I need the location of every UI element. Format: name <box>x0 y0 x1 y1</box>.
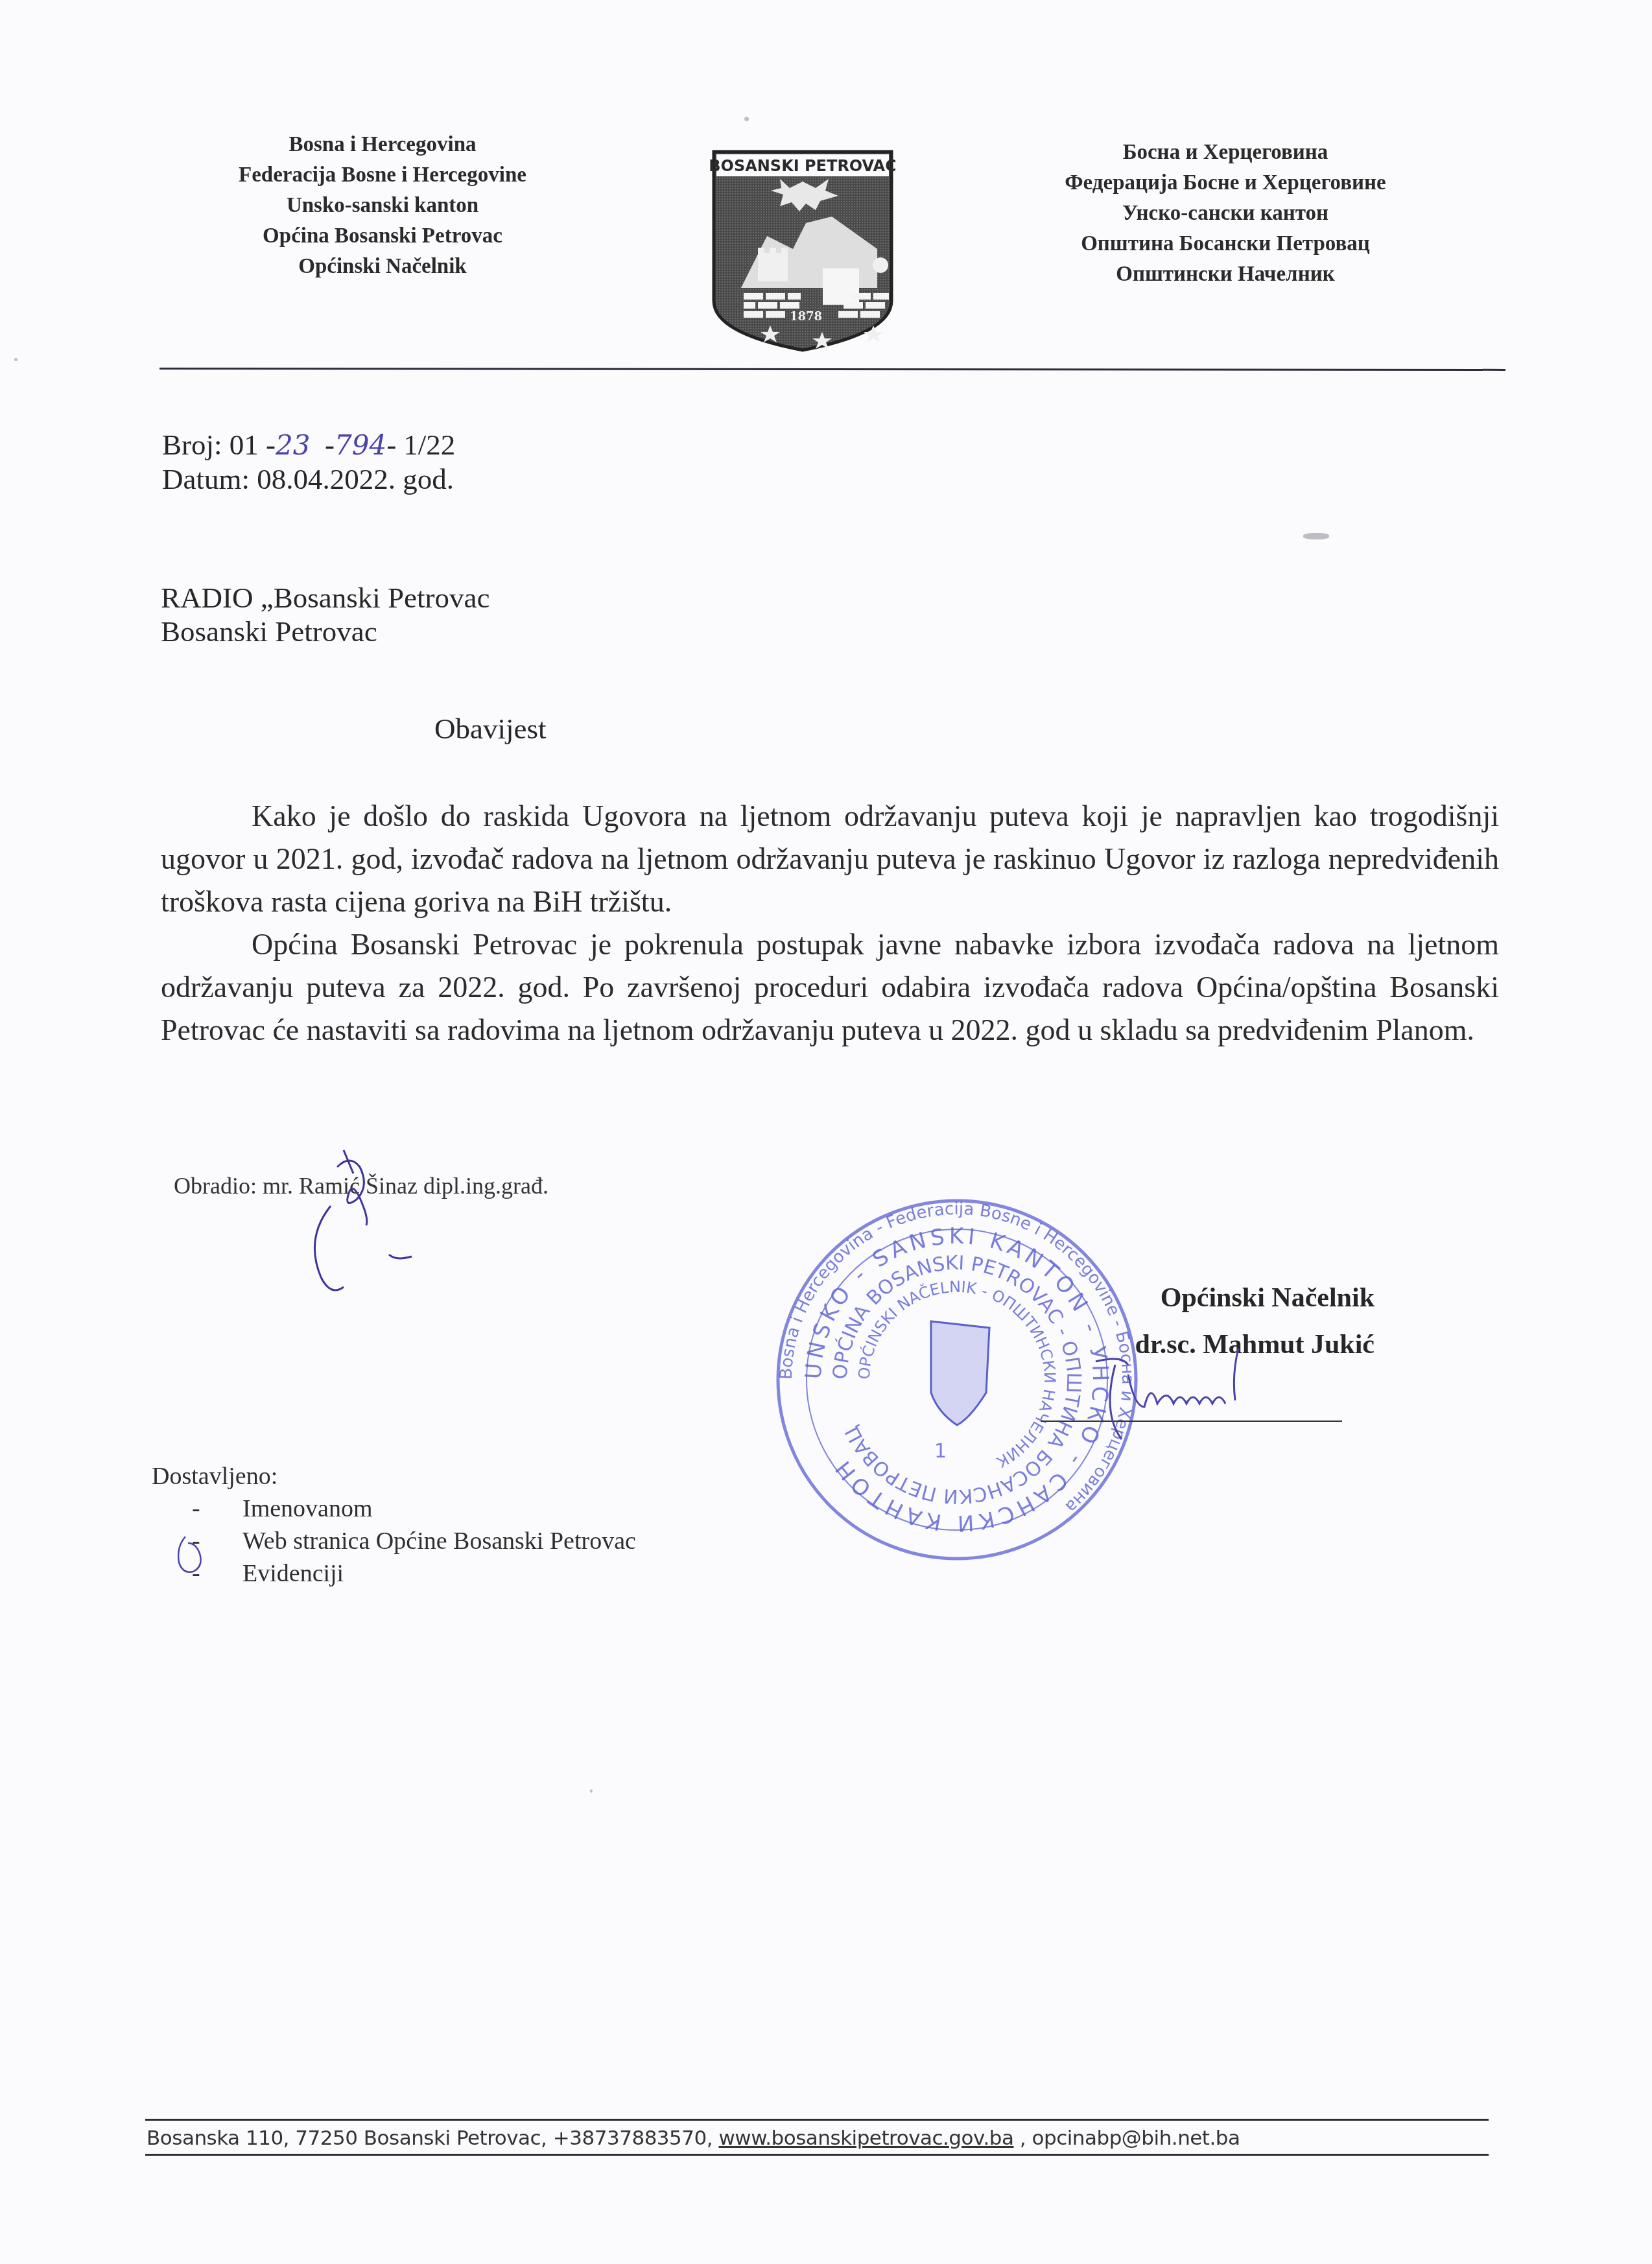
letterhead-canton-cyr: Унско-сански кантон <box>966 198 1485 229</box>
letterhead-canton: Unsko-sanski kanton <box>169 191 596 221</box>
distribution-label: Dostavljeno: <box>152 1460 636 1492</box>
reference-date: Datum: 08.04.2022. god. <box>162 462 455 496</box>
scan-speck <box>1303 533 1329 539</box>
footer-website-link[interactable]: www.bosanskipetrovac.gov.ba <box>718 2127 1013 2150</box>
distribution-item: -Imenovanom <box>152 1492 636 1525</box>
letter-body: Kako je došlo do raskida Ugovora na ljet… <box>161 795 1499 1052</box>
mayor-signature-icon <box>1083 1336 1290 1452</box>
reference-number: Broj: 01 -23 -794- 1/22 <box>162 428 455 462</box>
letterhead-office: Općinski Načelnik <box>169 252 596 282</box>
footer-divider-top <box>145 2119 1489 2121</box>
recipient-name: RADIO „Bosanski Petrovac <box>161 581 490 615</box>
municipal-crest-icon: BOSANSKI PETROVAC 1878 <box>709 139 895 354</box>
svg-text:1: 1 <box>934 1440 947 1463</box>
subject-title: Obavijest <box>434 712 546 746</box>
reference-suffix: - 1/22 <box>386 429 455 461</box>
letterhead-federation: Federacija Bosne i Hercegovine <box>169 160 596 191</box>
footer-contact: Bosanska 110, 77250 Bosanski Petrovac, +… <box>147 2127 1240 2150</box>
recipient-block: RADIO „Bosanski Petrovac Bosanski Petrov… <box>161 581 490 648</box>
header-divider <box>159 368 1505 371</box>
initials-signature-icon <box>292 1148 441 1303</box>
footer-address: Bosanska 110, 77250 Bosanski Petrovac, +… <box>147 2127 713 2150</box>
distribution-item: -Evidenciji <box>152 1557 636 1590</box>
scan-speck <box>590 1789 593 1793</box>
distribution-list: Dostavljeno: -Imenovanom -Web stranica O… <box>152 1460 636 1590</box>
footer-separator: , <box>1013 2127 1032 2150</box>
svg-text:BOSANSKI PETROVAC: BOSANSKI PETROVAC <box>709 157 895 175</box>
svg-text:1878: 1878 <box>790 310 822 324</box>
distribution-item-text: Web stranica Općine Bosanski Petrovac <box>242 1527 636 1555</box>
letterhead-office-cyr: Општински Начелник <box>966 259 1485 290</box>
distribution-item-text: Evidenciji <box>242 1560 344 1587</box>
scan-speck <box>744 117 749 121</box>
letterhead-cyrillic: Босна и Херцеговина Федерација Босне и Х… <box>966 137 1485 290</box>
handwritten-number-1: 23 <box>276 429 310 461</box>
letterhead-latin: Bosna i Hercegovina Federacija Bosne i H… <box>169 130 596 282</box>
bullet-dash: - <box>192 1492 200 1525</box>
handwritten-circle-icon <box>174 1534 206 1577</box>
recipient-city: Bosanski Petrovac <box>161 615 490 648</box>
footer-email-link[interactable]: opcinabp@bih.net.ba <box>1032 2127 1240 2150</box>
footer-divider-bottom <box>145 2154 1489 2156</box>
letterhead-country: Bosna i Hercegovina <box>169 130 596 160</box>
body-paragraph: Općina Bosanski Petrovac je pokrenula po… <box>161 923 1499 1052</box>
reference-prefix: Broj: 01 - <box>162 429 276 461</box>
reference-block: Broj: 01 -23 -794- 1/22 Datum: 08.04.202… <box>162 428 455 496</box>
body-paragraph: Kako je došlo do raskida Ugovora na ljet… <box>161 795 1499 923</box>
signatory-title: Općinski Načelnik <box>934 1275 1375 1321</box>
letterhead-federation-cyr: Федерација Босне и Херцеговине <box>966 168 1485 198</box>
letterhead-municipality-cyr: Општина Босански Петровац <box>966 229 1485 259</box>
letterhead-country-cyr: Босна и Херцеговина <box>966 137 1485 168</box>
distribution-item: -Web stranica Općine Bosanski Petrovac <box>152 1525 636 1557</box>
reference-separator: - <box>318 429 335 461</box>
letterhead-municipality: Općina Bosanski Petrovac <box>169 221 596 252</box>
handwritten-number-2: 794 <box>335 429 386 461</box>
distribution-item-text: Imenovanom <box>242 1495 373 1522</box>
scan-speck <box>14 358 18 361</box>
